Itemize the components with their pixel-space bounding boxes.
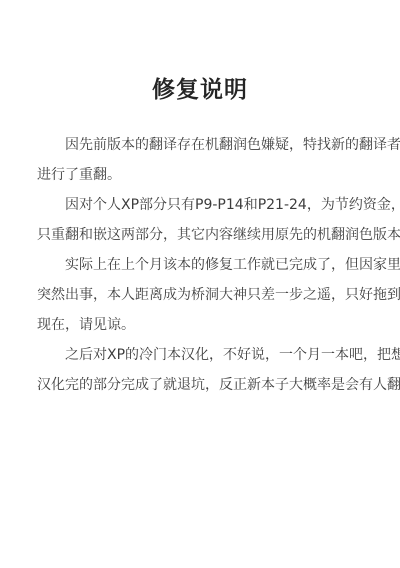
text-line: 因先前版本的翻译存在机翻润色嫌疑，特找新的翻译者: [37, 130, 364, 160]
document-body: 因先前版本的翻译存在机翻润色嫌疑，特找新的翻译者 进行了重翻。 因对个人XP部分…: [0, 130, 400, 400]
paragraph-2: 因对个人XP部分只有P9-P14和P21-24，为节约资金， 只重翻和嵌这两部分…: [37, 190, 364, 250]
paragraph-3: 实际上在上个月该本的修复工作就已完成了，但因家里 突然出事，本人距离成为桥洞大神…: [37, 250, 364, 340]
text-line: 实际上在上个月该本的修复工作就已完成了，但因家里: [37, 250, 364, 280]
text-line: 汉化完的部分完成了就退坑，反正新本子大概率是会有人翻的。: [37, 370, 364, 400]
paragraph-1: 因先前版本的翻译存在机翻润色嫌疑，特找新的翻译者 进行了重翻。: [37, 130, 364, 190]
text-line: 因对个人XP部分只有P9-P14和P21-24，为节约资金，: [37, 190, 364, 220]
paragraph-4: 之后对XP的冷门本汉化，不好说，一个月一本吧，把想 汉化完的部分完成了就退坑，反…: [37, 340, 364, 400]
text-line: 进行了重翻。: [37, 160, 364, 190]
text-line: 之后对XP的冷门本汉化，不好说，一个月一本吧，把想: [37, 340, 364, 370]
document-page: 修复说明 因先前版本的翻译存在机翻润色嫌疑，特找新的翻译者 进行了重翻。 因对个…: [0, 0, 400, 568]
text-line: 现在，请见谅。: [37, 310, 364, 340]
page-title: 修复说明: [0, 0, 400, 102]
text-line: 突然出事，本人距离成为桥洞大神只差一步之遥，只好拖到: [37, 280, 364, 310]
text-line: 只重翻和嵌这两部分，其它内容继续用原先的机翻润色版本。: [37, 220, 364, 250]
